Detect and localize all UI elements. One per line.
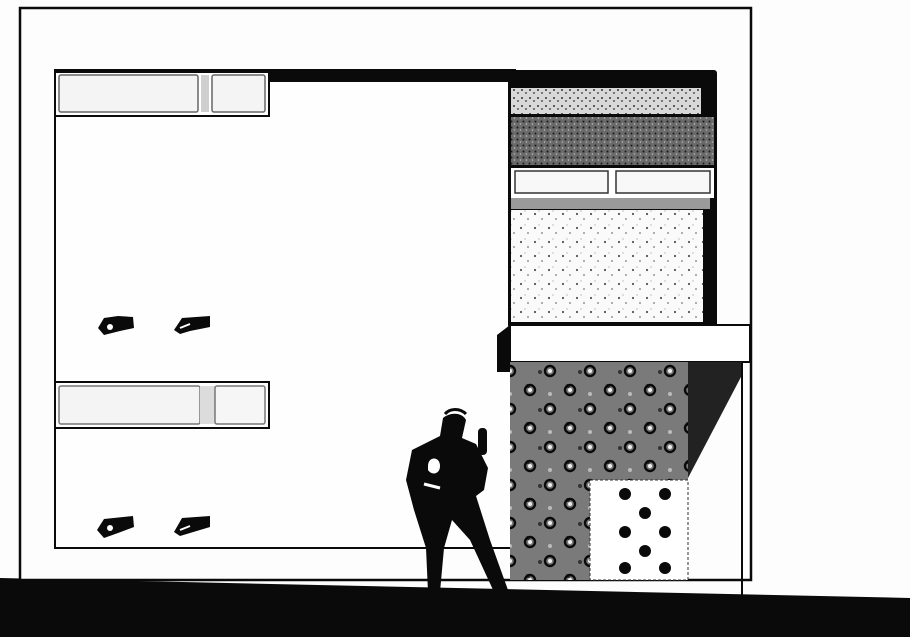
polka-dot-door [590,480,688,580]
elevation-drawing: Architectural elevation sketch [0,0,910,637]
upper-box [508,70,717,328]
ground [0,578,910,637]
lower-window-left [55,382,269,428]
upper-window-left [55,72,269,116]
